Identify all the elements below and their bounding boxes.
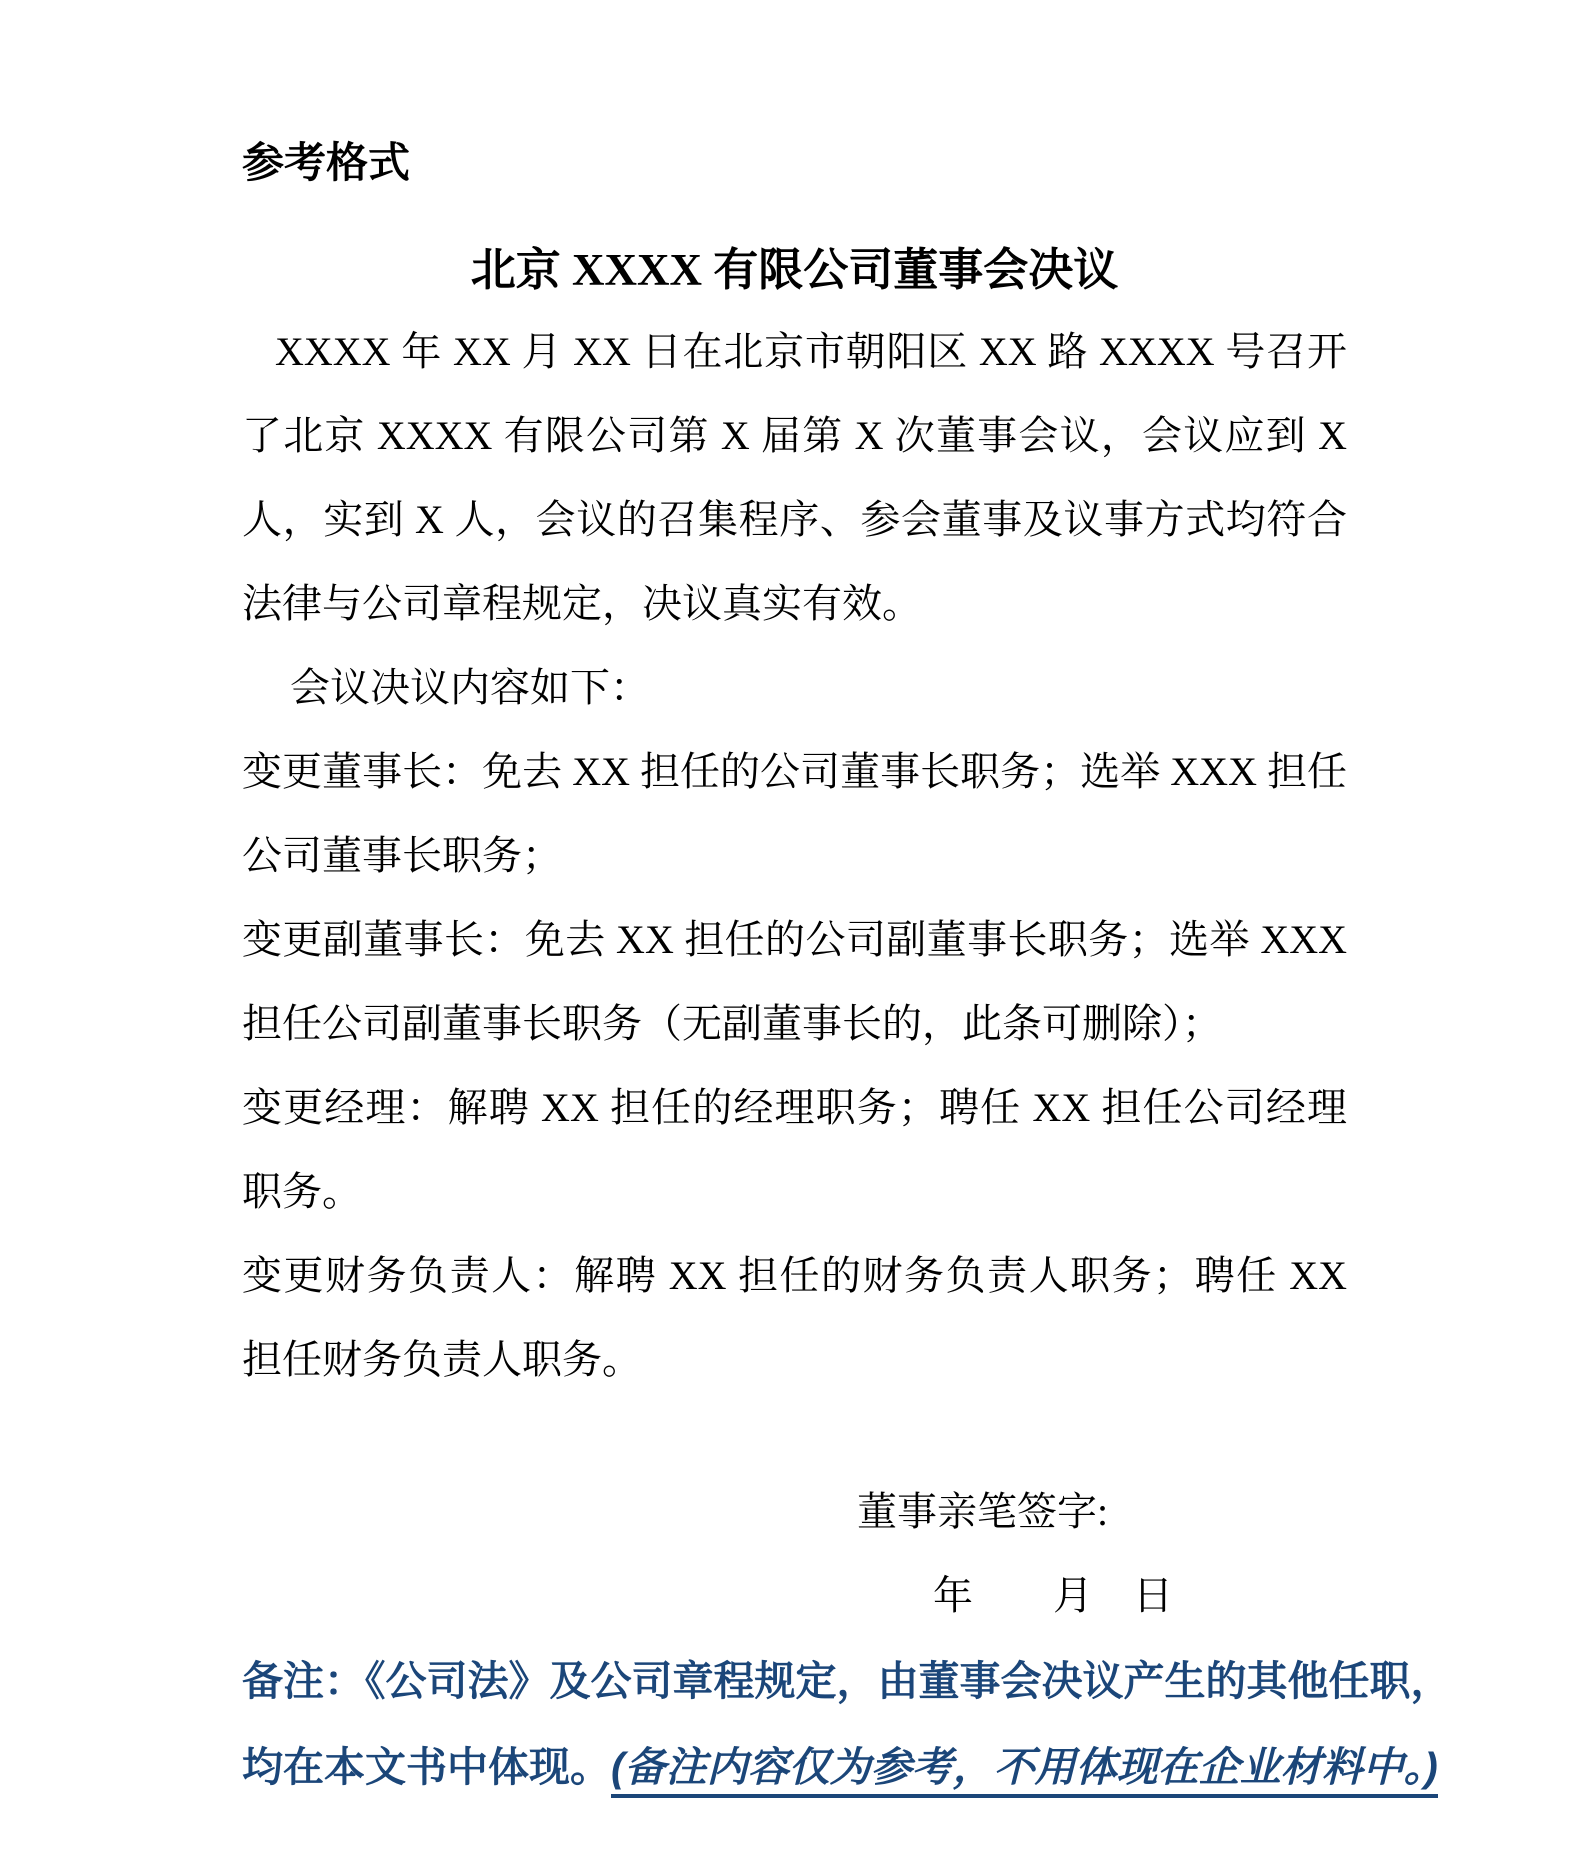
paragraph-change-manager: 变更经理：解聘 XX 担任的经理职务；聘任 XX 担任公司经理职务。	[242, 1066, 1347, 1234]
paragraph-resolution-heading: 会议决议内容如下：	[242, 646, 1347, 730]
document-body: XXXX 年 XX 月 XX 日在北京市朝阳区 XX 路 XXXX 号召开了北京…	[242, 310, 1347, 1402]
remark-line-2: 均在本文书中体现。(备注内容仅为参考，不用体现在企业材料中。)	[242, 1724, 1512, 1810]
signature-label: 董事亲笔签字:	[857, 1470, 1347, 1554]
remark-note: 备注：《公司法》及公司章程规定，由董事会决议产生的其他任职， 均在本文书中体现。…	[242, 1638, 1512, 1810]
remark-line-2-plain: 均在本文书中体现。	[242, 1744, 611, 1790]
document-page: 参考格式 北京 XXXX 有限公司董事会决议 XXXX 年 XX 月 XX 日在…	[0, 0, 1587, 1861]
document-title: 北京 XXXX 有限公司董事会决议	[242, 230, 1347, 310]
date-line: 年 月 日	[933, 1554, 1347, 1638]
paragraph-meeting-intro: XXXX 年 XX 月 XX 日在北京市朝阳区 XX 路 XXXX 号召开了北京…	[242, 310, 1347, 646]
remark-line-2-italic-underlined: (备注内容仅为参考，不用体现在企业材料中。)	[611, 1744, 1438, 1798]
paragraph-change-cfo: 变更财务负责人：解聘 XX 担任的财务负责人职务；聘任 XX 担任财务负责人职务…	[242, 1234, 1347, 1402]
paragraph-change-vice-chairman: 变更副董事长：免去 XX 担任的公司副董事长职务；选举 XXX 担任公司副董事长…	[242, 898, 1347, 1066]
paragraph-change-chairman: 变更董事长：免去 XX 担任的公司董事长职务；选举 XXX 担任公司董事长职务；	[242, 730, 1347, 898]
remark-line-1: 备注：《公司法》及公司章程规定，由董事会决议产生的其他任职，	[242, 1638, 1512, 1724]
ref-format-label: 参考格式	[242, 128, 1347, 200]
